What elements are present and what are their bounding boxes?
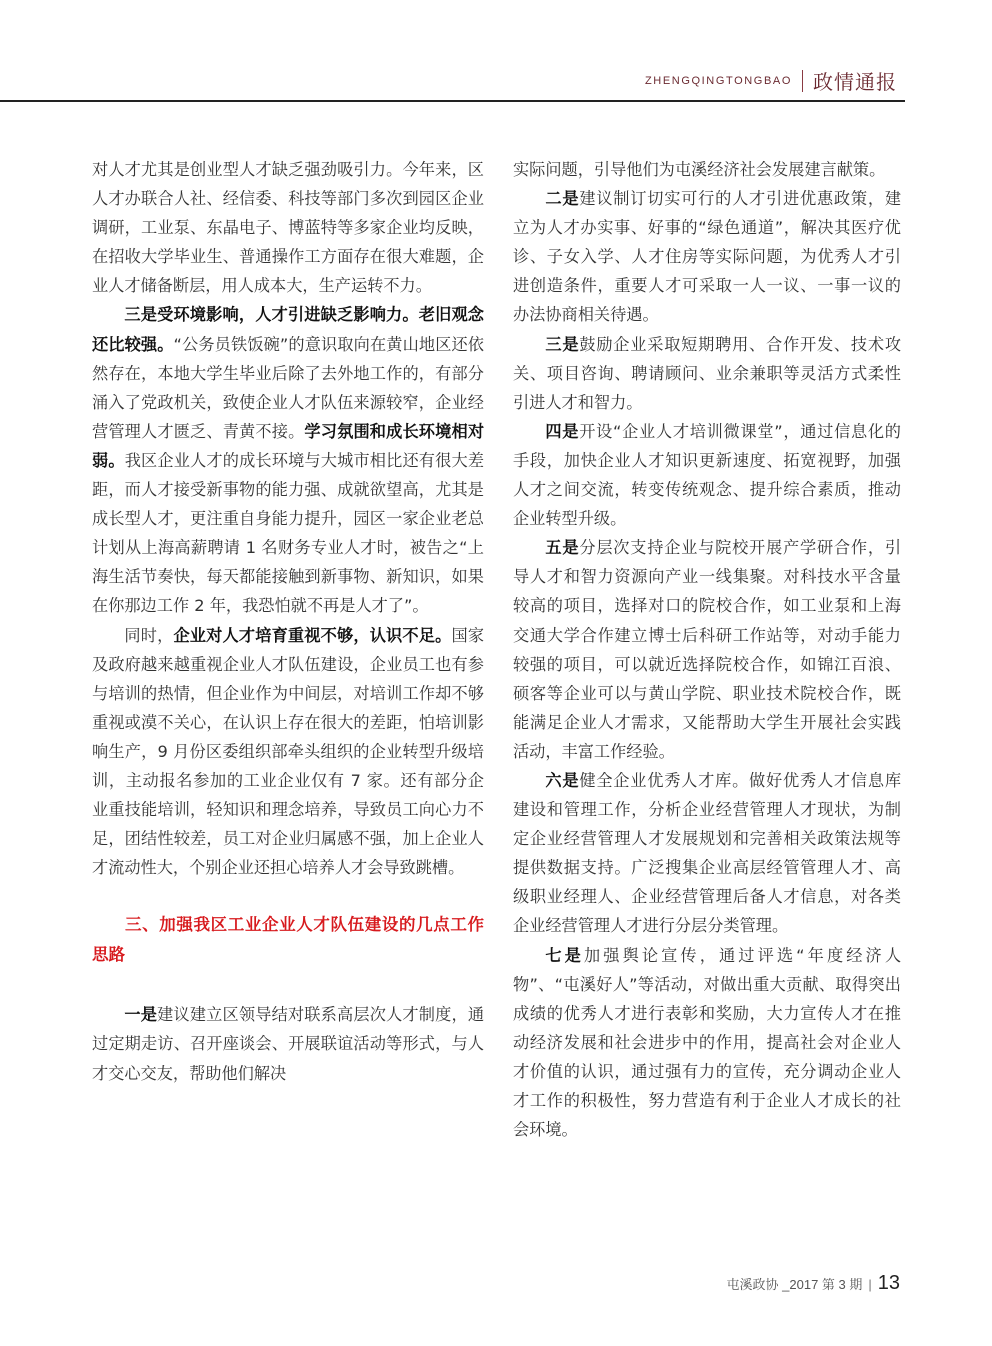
paragraph: 对人才尤其是创业型人才缺乏强劲吸引力。今年来，区人才办联合人社、经信委、科技等部… xyxy=(92,155,484,300)
item-text: 分层次支持企业与院校开展产学研合作，引导人才和智力资源向产业一线集聚。对科技水平… xyxy=(513,538,901,761)
paragraph-text: 同时， xyxy=(124,626,173,645)
right-column: 实际问题，引导他们为屯溪经济社会发展建言献策。 二是建议制订切实可行的人才引进优… xyxy=(513,155,901,1144)
page-number: 13 xyxy=(878,1272,900,1295)
paragraph: 一是建议建立区领导结对联系高层次人才制度，通过定期走访、召开座谈会、开展联谊活动… xyxy=(92,1000,484,1087)
paragraph: 实际问题，引导他们为屯溪经济社会发展建言献策。 xyxy=(513,155,901,184)
paragraph-text: 我区企业人才的成长环境与大城市相比还有很大差距，而人才接受新事物的能力强、成就欲… xyxy=(92,451,484,615)
header-section-title: 政情通报 xyxy=(813,66,897,95)
item-lead: 五是 xyxy=(545,538,579,557)
list-item: 四是开设“企业人才培训微课堂”，通过信息化的手段，加快企业人才知识更新速度、拓宽… xyxy=(513,417,901,533)
item-text: 健全企业优秀人才库。做好优秀人才信息库建设和管理工作，分析企业经营管理人才现状，… xyxy=(513,771,901,935)
item-lead: 二是 xyxy=(545,189,579,208)
list-item: 三是鼓励企业采取短期聘用、合作开发、技术攻关、项目咨询、聘请顾问、业余兼职等灵活… xyxy=(513,330,901,417)
paragraph: 三是受环境影响，人才引进缺乏影响力。老旧观念还比较强。“公务员铁饭碗”的意识取向… xyxy=(92,300,484,620)
header-rule xyxy=(0,100,905,102)
paragraph: 同时，企业对人才培育重视不够，认识不足。国家及政府越来越重视企业人才队伍建设，企… xyxy=(92,621,484,883)
header-pinyin: ZHENGQINGTONGBAO xyxy=(645,75,792,87)
item-lead: 七是 xyxy=(545,946,584,965)
item-lead: 三是 xyxy=(545,335,579,354)
list-item: 二是建议制订切实可行的人才引进优惠政策，建立为人才办实事、好事的“绿色通道”，解… xyxy=(513,184,901,329)
list-item: 五是分层次支持企业与院校开展产学研合作，引导人才和智力资源向产业一线集聚。对科技… xyxy=(513,533,901,766)
list-item: 六是健全企业优秀人才库。做好优秀人才信息库建设和管理工作，分析企业经营管理人才现… xyxy=(513,766,901,941)
section-title: 三、加强我区工业企业人才队伍建设的几点工作思路 xyxy=(92,910,484,970)
item-lead: 四是 xyxy=(545,422,579,441)
item-text: 加强舆论宣传，通过评选“年度经济人物”、“屯溪好人”等活动，对做出重大贡献、取得… xyxy=(513,946,901,1140)
running-header: ZHENGQINGTONGBAO 政情通报 xyxy=(645,66,897,95)
list-item: 七是加强舆论宣传，通过评选“年度经济人物”、“屯溪好人”等活动，对做出重大贡献、… xyxy=(513,941,901,1145)
header-divider xyxy=(802,70,803,92)
item-lead: 六是 xyxy=(545,771,579,790)
page-footer: 屯溪政协 _2017 第 3 期 | 13 xyxy=(727,1272,900,1295)
footer-divider: | xyxy=(868,1277,871,1292)
item-text: 建议制订切实可行的人才引进优惠政策，建立为人才办实事、好事的“绿色通道”，解决其… xyxy=(513,189,901,324)
journal-issue: 屯溪政协 _2017 第 3 期 xyxy=(727,1274,863,1293)
item-lead: 一是 xyxy=(124,1005,157,1024)
left-column: 对人才尤其是创业型人才缺乏强劲吸引力。今年来，区人才办联合人社、经信委、科技等部… xyxy=(92,155,484,1088)
bold-heading: 企业对人才培育重视不够，认识不足。 xyxy=(173,626,451,645)
paragraph-text: 国家及政府越来越重视企业人才队伍建设，企业员工也有参与培训的热情，但企业作为中间… xyxy=(92,626,484,878)
